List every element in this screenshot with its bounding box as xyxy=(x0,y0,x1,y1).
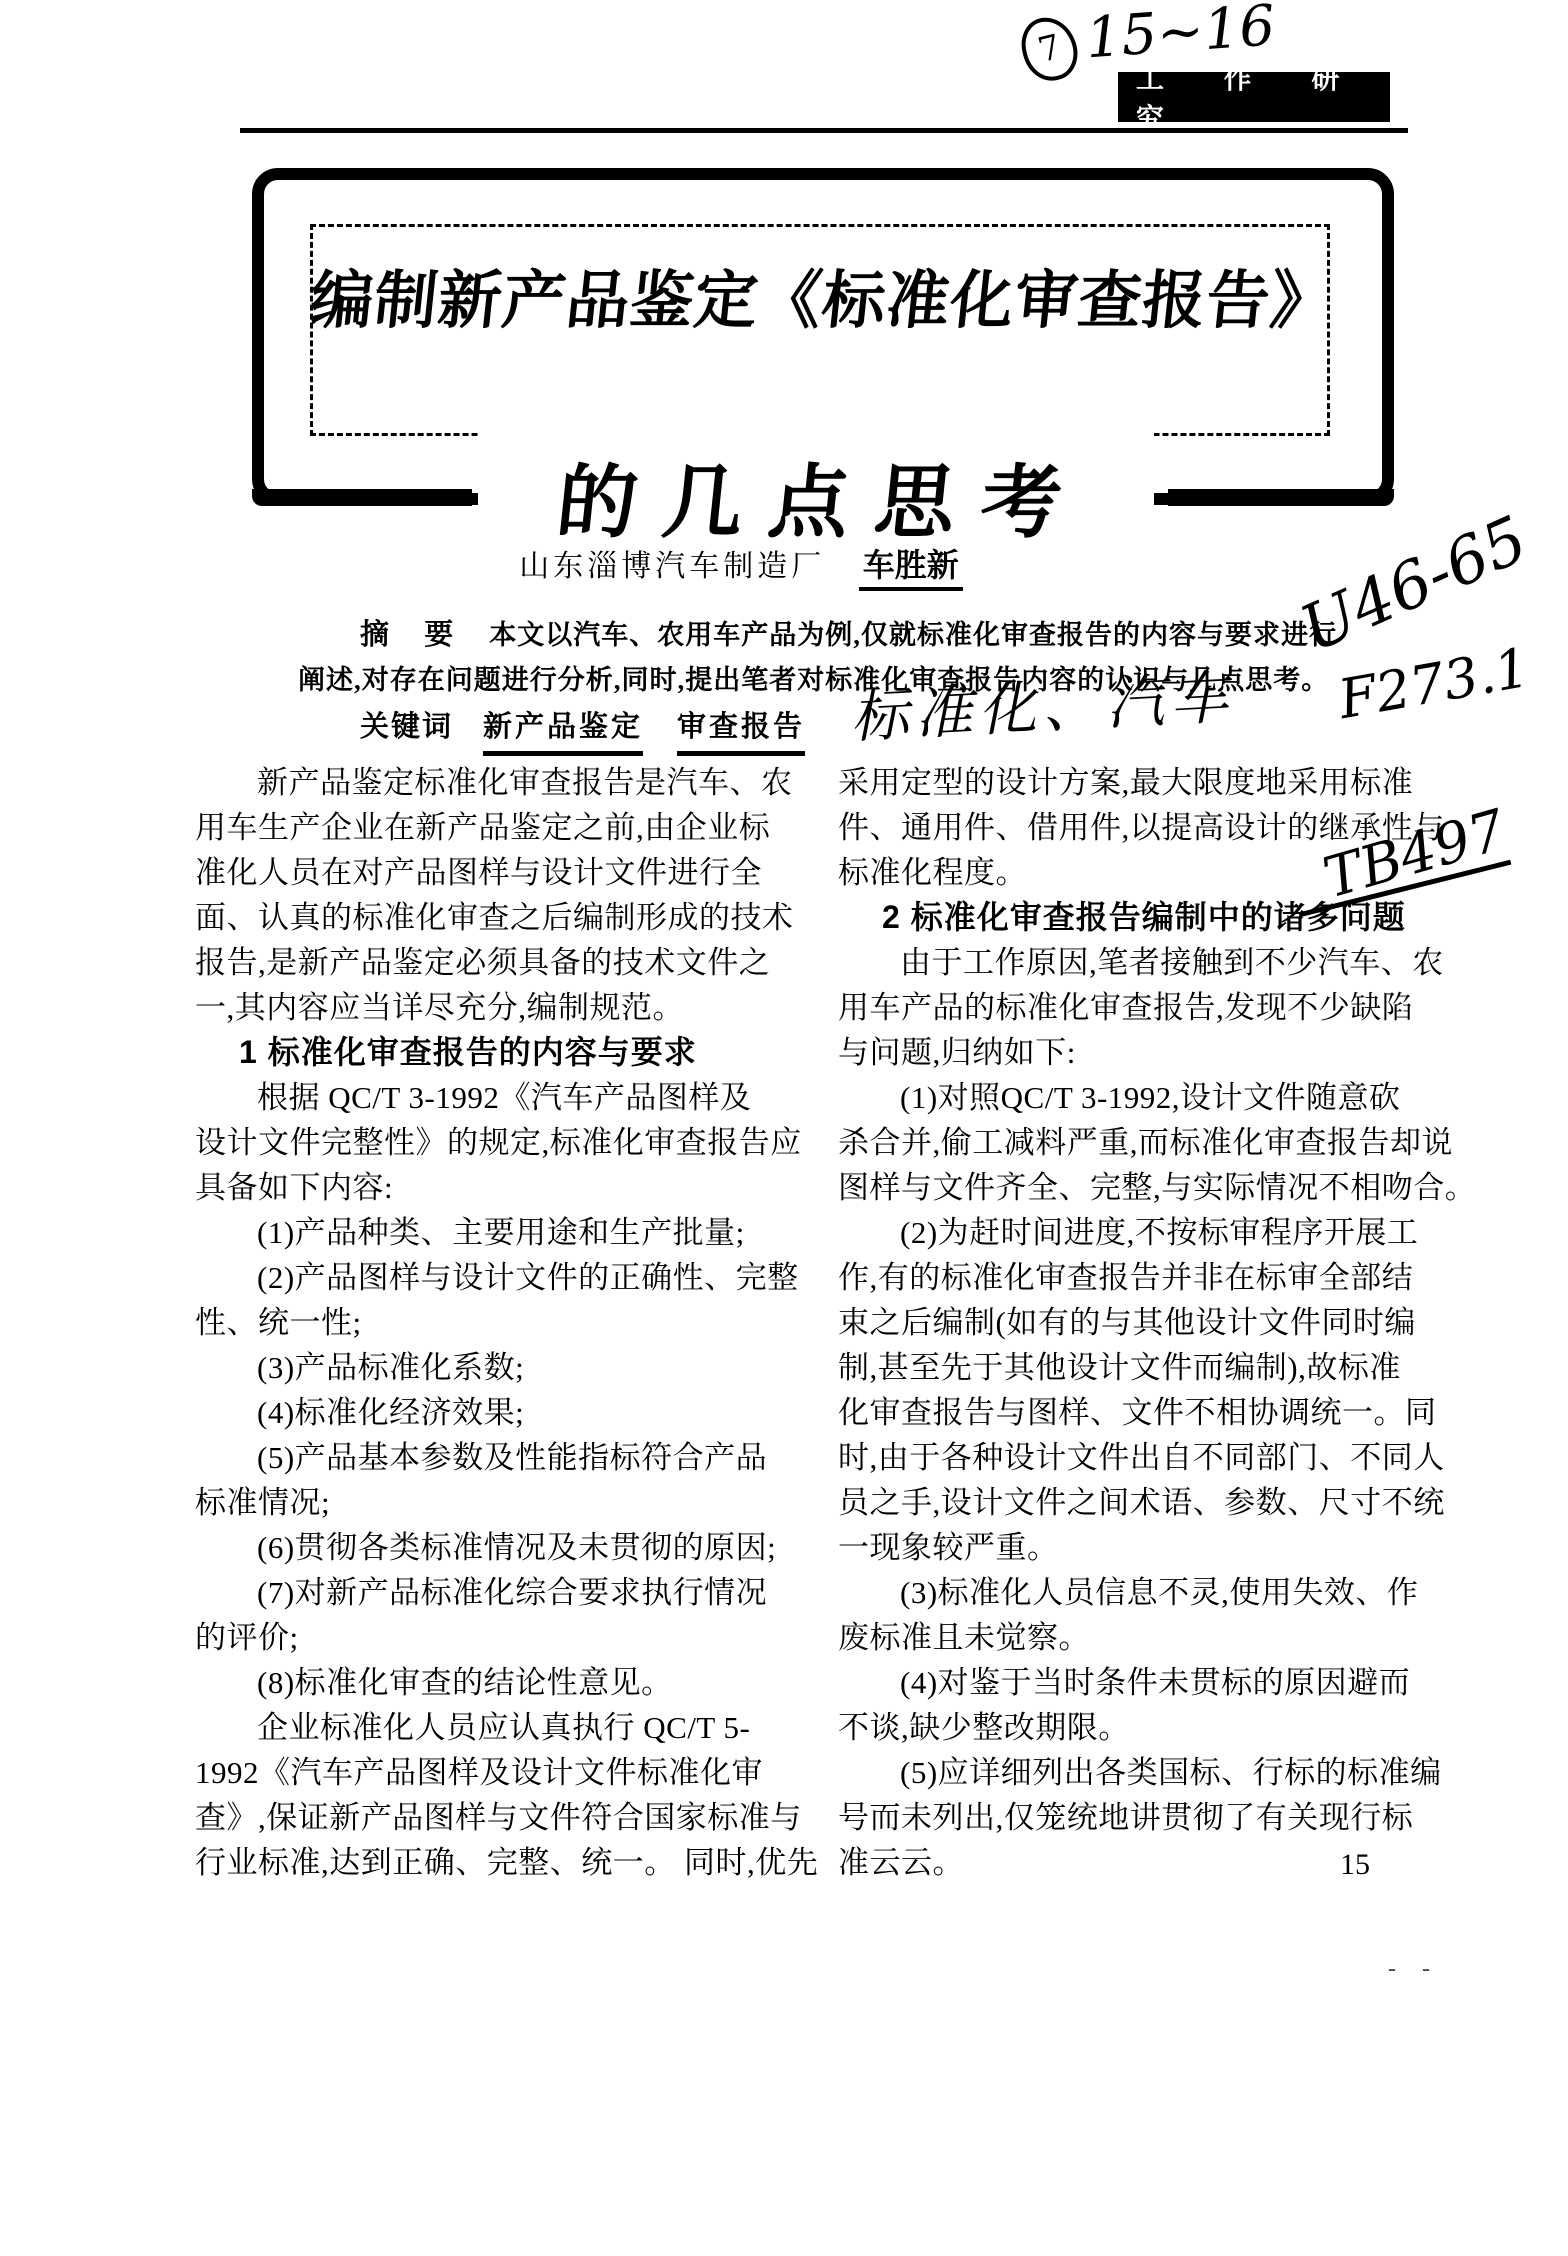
text-line: (6)贯彻各类标准情况及未贯彻的原因; xyxy=(195,1525,845,1570)
text-line: 行业标准,达到正确、完整、统一。 同时,优先 xyxy=(195,1840,845,1885)
text-line: 制,甚至先于其他设计文件而编制),故标准 xyxy=(838,1345,1488,1390)
text-line: (7)对新产品标准化综合要求执行情况 xyxy=(195,1570,845,1615)
text-line: 1992《汽车产品图样及设计文件标准化审 xyxy=(195,1750,845,1795)
text-line: 由于工作原因,笔者接触到不少汽车、农 xyxy=(838,940,1488,985)
article-title-line1: 编制新产品鉴定《标准化审查报告》 xyxy=(247,250,1399,341)
text-line: 一,其内容应当详尽充分,编制规范。 xyxy=(195,985,845,1030)
scanned-article-page: 715~16 工 作 研 究 编制新产品鉴定《标准化审查报告》 的几点思考 山东… xyxy=(0,0,1568,2256)
text-line: 报告,是新产品鉴定必须具备的技术文件之 xyxy=(195,940,845,985)
text-line: (2)为赶时间进度,不按标审程序开展工 xyxy=(838,1210,1488,1255)
text-line: 用车生产企业在新产品鉴定之前,由企业标 xyxy=(195,805,845,850)
section-heading: 2 标准化审查报告编制中的诸多问题 xyxy=(838,895,1488,940)
text-line: 根据 QC/T 3-1992《汽车产品图样及 xyxy=(195,1075,845,1120)
text-line: 面、认真的标准化审查之后编制形成的技术 xyxy=(195,895,845,940)
keyword-term: 新产品鉴定 xyxy=(483,711,643,756)
text-line: 废标准且未觉察。 xyxy=(838,1615,1488,1660)
text-line: 的评价; xyxy=(195,1615,845,1660)
text-line: 一现象较严重。 xyxy=(838,1525,1488,1570)
text-line: 作,有的标准化审查报告并非在标审全部结 xyxy=(838,1255,1488,1300)
text-line: (5)应详细列出各类国标、行标的标准编 xyxy=(838,1750,1488,1795)
text-line: (4)对鉴于当时条件未贯标的原因避而 xyxy=(838,1660,1488,1705)
text-line: 号而未列出,仅笼统地讲贯彻了有关现行标 xyxy=(838,1795,1488,1840)
abstract-line1: 摘 要本文以汽车、农用车产品为例,仅就标准化审查报告的内容与要求进行 xyxy=(360,612,1337,653)
text-line: 束之后编制(如有的与其他设计文件同时编 xyxy=(838,1300,1488,1345)
section-header-bar: 工 作 研 究 xyxy=(1118,72,1390,122)
header-rule xyxy=(240,128,1408,133)
text-line: (1)对照QC/T 3-1992,设计文件随意砍 xyxy=(838,1075,1488,1120)
stray-scan-marks: - - xyxy=(1388,1956,1440,1983)
right-column: 采用定型的设计方案,最大限度地采用标准件、通用件、借用件,以提高设计的继承性与标… xyxy=(838,760,1488,1885)
text-line: 准化人员在对产品图样与设计文件进行全 xyxy=(195,850,845,895)
section-heading: 1 标准化审查报告的内容与要求 xyxy=(195,1030,845,1075)
keywords-row: 关键词新产品鉴定审查报告 xyxy=(360,704,839,745)
article-title-line2: 的几点思考 xyxy=(246,438,1400,553)
text-line: 与问题,归纳如下: xyxy=(838,1030,1488,1075)
text-line: (5)产品基本参数及性能指标符合产品 xyxy=(195,1435,845,1480)
text-line: (2)产品图样与设计文件的正确性、完整 xyxy=(195,1255,845,1300)
page-number: 15 xyxy=(1340,1848,1370,1882)
text-line: 性、统一性; xyxy=(195,1300,845,1345)
section-label: 工 作 研 究 xyxy=(1136,57,1390,137)
author-name: 车胜新 xyxy=(859,547,963,591)
byline: 山东淄博汽车制造厂 车胜新 xyxy=(170,540,1312,586)
text-line: (3)产品标准化系数; xyxy=(195,1345,845,1390)
circled-number: 7 xyxy=(1016,11,1084,86)
text-line: (4)标准化经济效果; xyxy=(195,1390,845,1435)
text-line: (1)产品种类、主要用途和生产批量; xyxy=(195,1210,845,1255)
text-line: 采用定型的设计方案,最大限度地采用标准 xyxy=(838,760,1488,805)
abstract-label: 摘 要 xyxy=(360,619,467,651)
text-line: (8)标准化审查的结论性意见。 xyxy=(195,1660,845,1705)
text-line: 图样与文件齐全、完整,与实际情况不相吻合。 xyxy=(838,1165,1488,1210)
text-line: 化审查报告与图样、文件不相协调统一。同 xyxy=(838,1390,1488,1435)
text-line: (3)标准化人员信息不灵,使用失效、作 xyxy=(838,1570,1488,1615)
text-line: 不谈,缺少整改期限。 xyxy=(838,1705,1488,1750)
text-line: 标准情况; xyxy=(195,1480,845,1525)
author-affiliation: 山东淄博汽车制造厂 xyxy=(519,550,825,583)
text-line: 用车产品的标准化审查报告,发现不少缺陷 xyxy=(838,985,1488,1030)
text-line: 杀合并,偷工减料严重,而标准化审查报告却说 xyxy=(838,1120,1488,1165)
text-line: 时,由于各种设计文件出自不同部门、不同人 xyxy=(838,1435,1488,1480)
text-line: 查》,保证新产品图样与文件符合国家标准与 xyxy=(195,1795,845,1840)
text-line: 员之手,设计文件之间术语、参数、尺寸不统 xyxy=(838,1480,1488,1525)
keywords-terms: 新产品鉴定审查报告 xyxy=(483,711,839,743)
keyword-term: 审查报告 xyxy=(677,711,805,756)
text-line: 准云云。 xyxy=(838,1840,1488,1885)
abstract-text-line1: 本文以汽车、农用车产品为例,仅就标准化审查报告的内容与要求进行 xyxy=(489,620,1337,650)
text-line: 新产品鉴定标准化审查报告是汽车、农 xyxy=(195,760,845,805)
handwritten-class-number: F273.1 xyxy=(1334,636,1534,731)
left-column: 新产品鉴定标准化审查报告是汽车、农用车生产企业在新产品鉴定之前,由企业标准化人员… xyxy=(195,760,845,1885)
text-line: 设计文件完整性》的规定,标准化审查报告应 xyxy=(195,1120,845,1165)
text-line: 具备如下内容: xyxy=(195,1165,845,1210)
text-line: 企业标准化人员应认真执行 QC/T 5- xyxy=(195,1705,845,1750)
keywords-label: 关键词 xyxy=(360,711,453,743)
